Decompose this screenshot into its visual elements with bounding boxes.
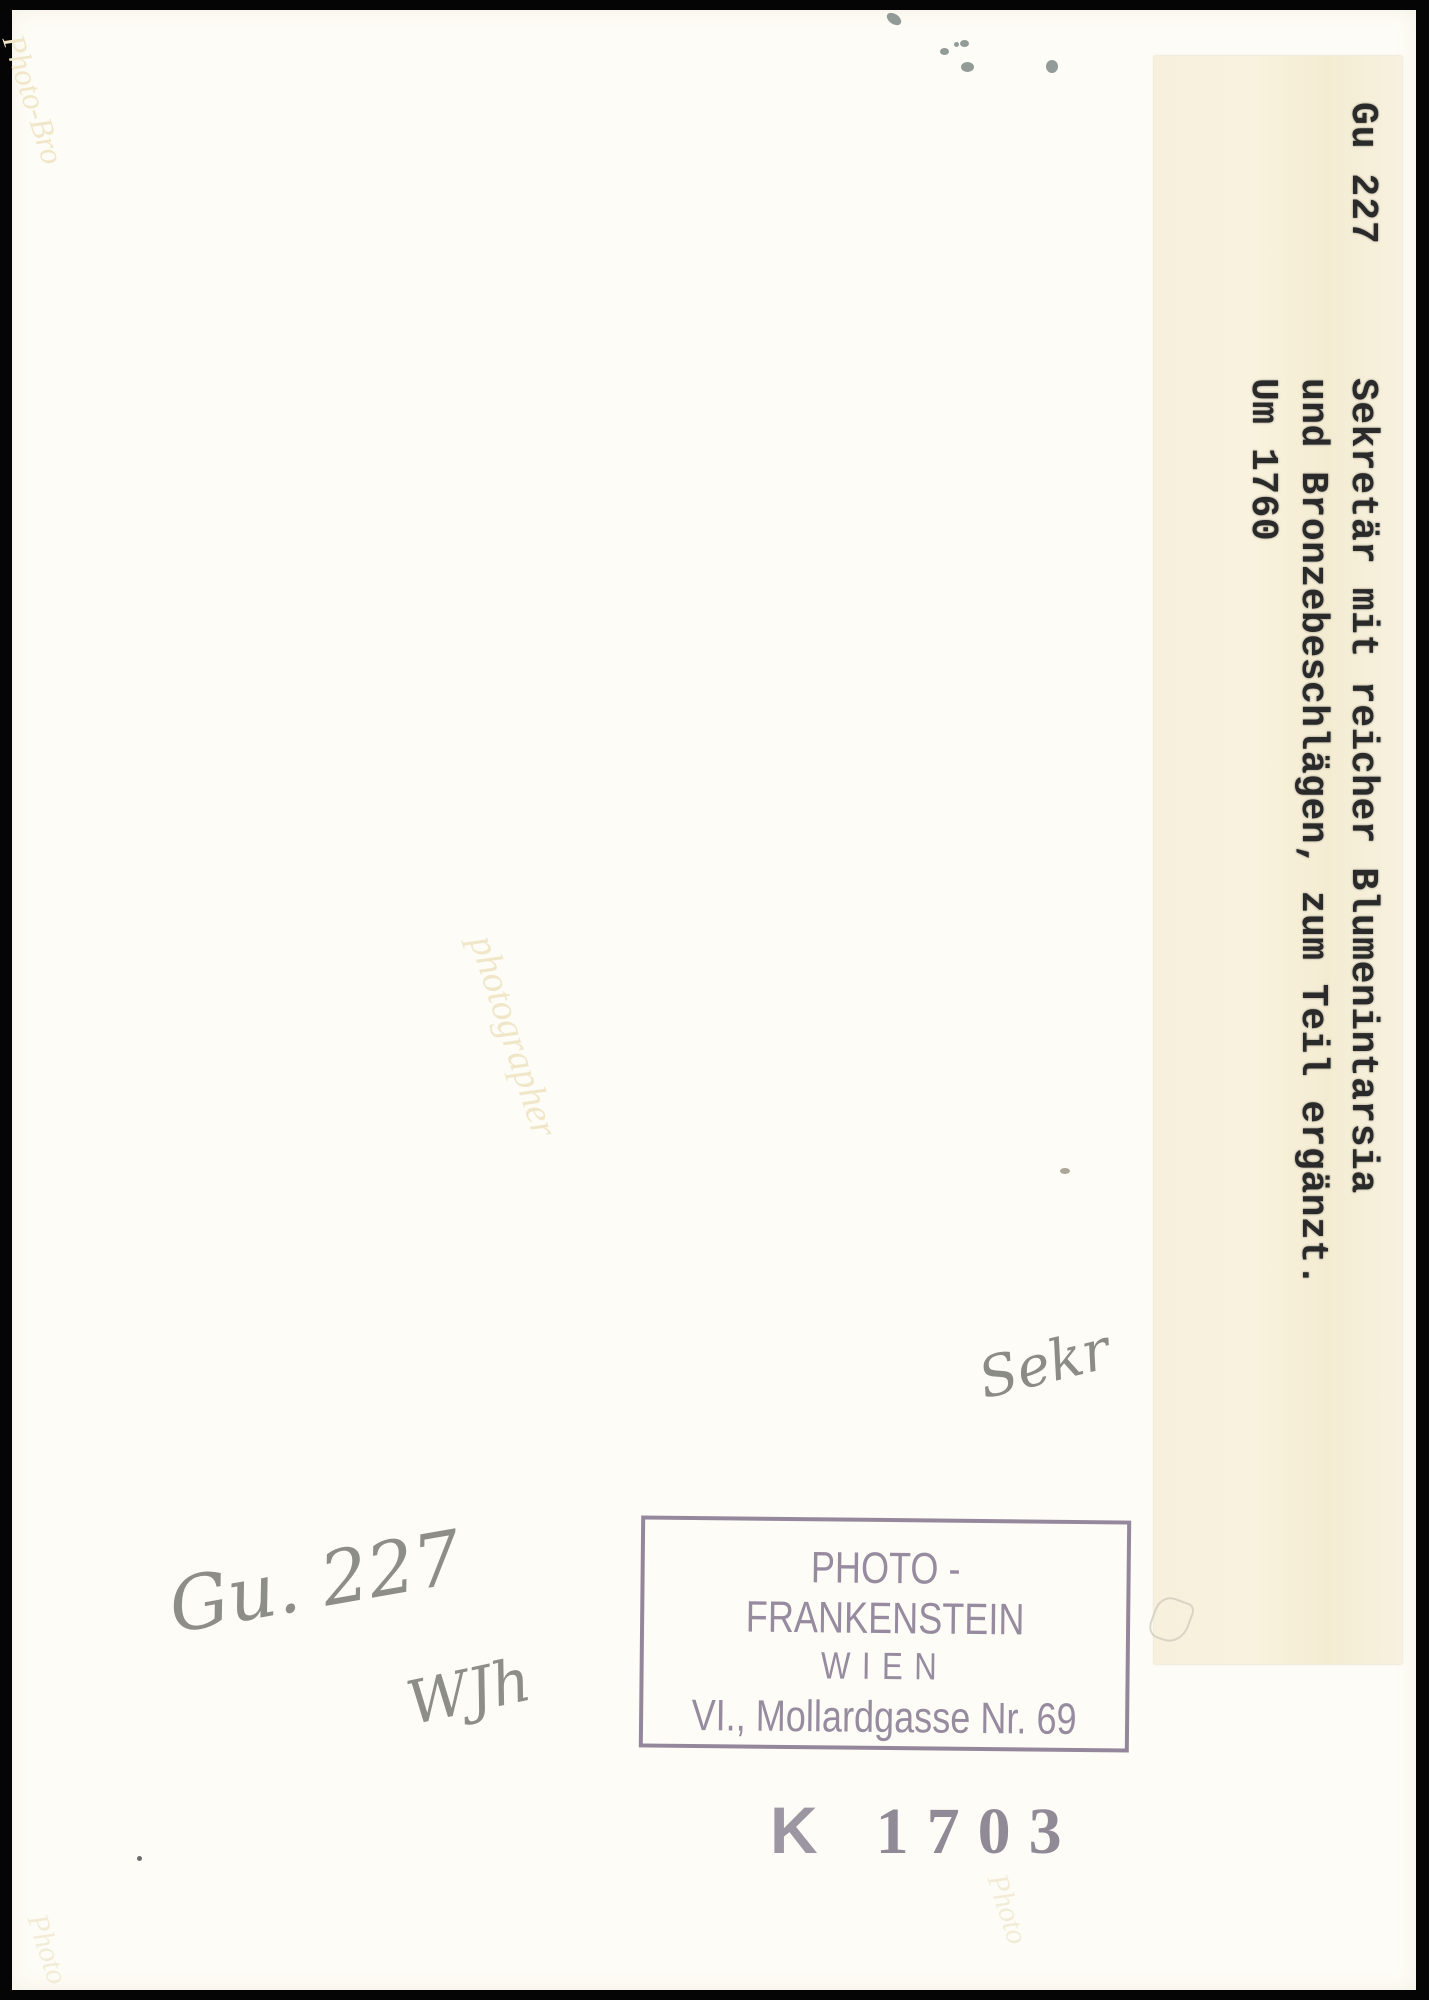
ghost-offset-mark: Photo bbox=[980, 1870, 1034, 1949]
stamp-studio-name: PHOTO - FRANKENSTEIN bbox=[687, 1542, 1083, 1646]
caption-text-rotated: Gu 227 Sekretär mit reicher Blumenintars… bbox=[1154, 56, 1402, 1664]
dirt-speck bbox=[137, 1856, 142, 1861]
dirt-speck bbox=[960, 40, 969, 47]
typed-caption-label: Gu 227 Sekretär mit reicher Blumenintars… bbox=[1154, 56, 1402, 1664]
inventory-number-stamp: K1703 bbox=[770, 1792, 1080, 1870]
handwritten-initials: WJh bbox=[401, 1645, 537, 1739]
inventory-prefix: K bbox=[770, 1793, 836, 1867]
dirt-speck bbox=[954, 42, 959, 47]
dirt-speck bbox=[961, 62, 974, 72]
handwritten-catalog-note: Gu. 227 bbox=[163, 1514, 469, 1650]
caption-line: Sekretär mit reicher Blumenintarsia bbox=[1341, 378, 1384, 1194]
stamp-address: VI., Mollardgasse Nr. 69 bbox=[686, 1691, 1082, 1745]
stamp-city: WIEN bbox=[687, 1644, 1083, 1691]
dirt-speck bbox=[1060, 1168, 1070, 1174]
photo-card-back: Photo-Bro photographer Photo Photo Gu 22… bbox=[12, 10, 1416, 1990]
photographer-stamp: PHOTO - FRANKENSTEIN WIEN VI., Mollardga… bbox=[639, 1515, 1131, 1752]
inventory-number: 1703 bbox=[876, 1795, 1080, 1868]
dirt-speck bbox=[940, 48, 949, 55]
caption-line: und Bronzebeschlägen, zum Teil ergänzt. bbox=[1291, 378, 1334, 1287]
handwritten-note: Sekr bbox=[972, 1317, 1116, 1412]
dirt-speck bbox=[1046, 60, 1058, 73]
catalog-number: Gu 227 bbox=[1341, 102, 1384, 245]
ghost-offset-mark: photographer bbox=[460, 930, 566, 1142]
ghost-offset-mark: Photo-Bro bbox=[0, 30, 71, 169]
dirt-speck bbox=[885, 10, 904, 27]
caption-line: Um 1760 bbox=[1241, 378, 1284, 541]
ghost-offset-mark: Photo bbox=[20, 1910, 74, 1989]
